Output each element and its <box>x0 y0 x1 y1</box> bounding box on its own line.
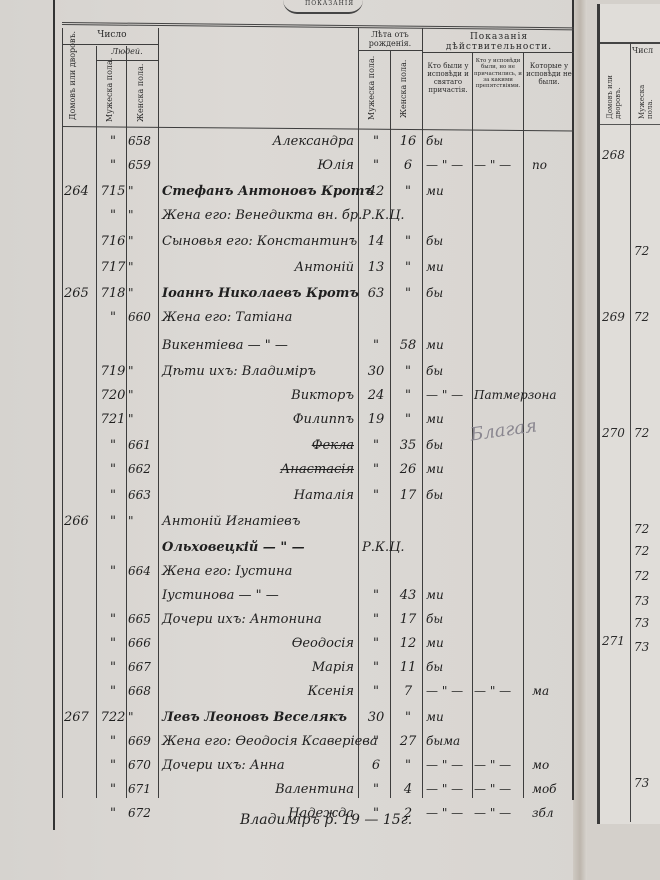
person-name-cell: Ольховецкій — " — <box>162 540 354 555</box>
next-page-sheet: Числ Домовъ или дворовъ. Мужеска пола. 2… <box>597 4 660 824</box>
person-name-cell: Антоній Игнатіевъ <box>162 514 354 529</box>
female-number-cell: 661 <box>128 438 158 452</box>
female-number-cell: " <box>128 184 158 198</box>
person-name-cell: Валентина <box>162 782 354 797</box>
not-confessed-cell: моб <box>532 782 572 796</box>
person-name-cell: Сыновья его: Константинъ <box>162 234 354 249</box>
next-page-number: 72 <box>634 426 649 440</box>
book-spine <box>573 0 587 880</box>
female-age-cell: " <box>394 758 422 773</box>
confessed-cell: бы <box>426 134 472 148</box>
male-number-cell: " <box>100 612 126 627</box>
table-row: "669Жена его: Ѳеодосія Ксаверіева"27быма <box>62 734 574 754</box>
person-name-cell: Филиппъ <box>162 412 354 427</box>
male-number-cell: " <box>100 636 126 651</box>
female-age-cell: 27 <box>394 734 422 749</box>
male-number-cell: " <box>100 310 126 325</box>
male-age-cell: Р.К.Ц. <box>362 208 390 223</box>
header-muzh-pola: Мужеска пола. <box>105 68 114 122</box>
female-age-cell: 4 <box>394 782 422 797</box>
person-name-cell: Юлія <box>162 158 354 173</box>
table-row: "671Валентина"4— " —— " —моб <box>62 782 574 802</box>
person-name-cell: Анастасія <box>162 462 354 477</box>
female-number-cell: " <box>128 388 158 402</box>
confessed-cell: быма <box>426 734 472 748</box>
female-age-cell: 7 <box>394 684 422 699</box>
male-number-cell: " <box>100 684 126 699</box>
male-number-cell: " <box>100 564 126 579</box>
header-zhen-pola: Женска пола. <box>136 68 145 122</box>
table-row: 716"Сыновья его: Константинъ14"бы <box>62 234 574 254</box>
female-age-cell: 43 <box>394 588 422 603</box>
confessed-cell: ми <box>426 588 472 602</box>
table-row: "667Марія"11бы <box>62 660 574 680</box>
female-number-cell: 666 <box>128 636 158 650</box>
header-leta-zhen: Женска пола. <box>399 58 408 120</box>
table-row: 264715"Стефанъ Антоновъ Кротъ42"ми <box>62 184 574 204</box>
female-number-cell: " <box>128 234 158 248</box>
person-name-cell: Жена его: Ѳеодосія Ксаверіева <box>162 734 354 749</box>
emblem-stamp: ПОКАЗАНІЯ <box>283 0 363 14</box>
confessed-cell: бы <box>426 364 472 378</box>
female-number-cell: 667 <box>128 660 158 674</box>
header-byli: Кто были у исповѣди и святаго причастія. <box>424 62 472 94</box>
female-age-cell: 35 <box>394 438 422 453</box>
next-page-number: 72 <box>634 569 649 583</box>
confessed-cell: ми <box>426 412 472 426</box>
male-age-cell: " <box>362 734 390 749</box>
male-number-cell: " <box>100 514 126 529</box>
female-age-cell: " <box>394 184 422 199</box>
table-row: "670Дочери ихъ: Анна6"— " —— " —мо <box>62 758 574 778</box>
person-name-cell: Жена его: Венедикта вн. бр. <box>162 208 354 223</box>
male-number-cell: " <box>100 806 126 821</box>
confessed-cell: — " — <box>426 782 472 796</box>
female-number-cell: 663 <box>128 488 158 502</box>
not-confessed-cell: мо <box>532 758 572 772</box>
header-lyudey: Людей. <box>102 47 152 56</box>
person-name-cell: Левъ Леоновъ Веселякъ <box>162 710 354 725</box>
person-name-cell: Дочери ихъ: Антонина <box>162 612 354 627</box>
male-number-cell: " <box>100 734 126 749</box>
confessed-cell: — " — <box>426 758 472 772</box>
female-age-cell: 6 <box>394 158 422 173</box>
table-row: "666Ѳеодосія"12ми <box>62 636 574 656</box>
female-age-cell: " <box>394 710 422 725</box>
male-number-cell: " <box>100 134 126 149</box>
male-number-cell: " <box>100 660 126 675</box>
male-number-cell: 719 <box>100 364 126 379</box>
female-age-cell: 26 <box>394 462 422 477</box>
person-name-cell: Дѣти ихъ: Владиміръ <box>162 364 354 379</box>
table-row: 265718"Іоаннъ Николаевъ Кротъ63"бы <box>62 286 574 306</box>
person-name-cell: Викторъ <box>162 388 354 403</box>
person-name-cell: Дочери ихъ: Анна <box>162 758 354 773</box>
female-age-cell: " <box>394 260 422 275</box>
female-age-cell: " <box>394 412 422 427</box>
female-number-cell: " <box>128 286 158 300</box>
next-page-house-number: 271 <box>602 634 625 648</box>
footer-note: Владиміръ р. 19 — 15г. <box>240 812 412 828</box>
row-line <box>358 50 422 51</box>
female-number-cell: 659 <box>128 158 158 172</box>
confessed-cell: бы <box>426 660 472 674</box>
person-name-cell: Антоній <box>162 260 354 275</box>
male-age-cell: 42 <box>362 184 390 199</box>
house-number-cell: 267 <box>64 710 94 725</box>
male-number-cell: 718 <box>100 286 126 301</box>
table-row: "665Дочери ихъ: Антонина"17бы <box>62 612 574 632</box>
header-domov: Домовъ или дворовъ. <box>68 54 77 120</box>
female-number-cell: 671 <box>128 782 158 796</box>
confessed-cell: ми <box>426 710 472 724</box>
table-row: 719"Дѣти ихъ: Владиміръ30"бы <box>62 364 574 384</box>
male-number-cell: " <box>100 208 126 223</box>
confessed-cell: ми <box>426 260 472 274</box>
female-number-cell: 660 <box>128 310 158 324</box>
male-age-cell: " <box>362 660 390 675</box>
female-age-cell: 16 <box>394 134 422 149</box>
male-number-cell: " <box>100 462 126 477</box>
male-age-cell: " <box>362 588 390 603</box>
male-age-cell: 30 <box>362 710 390 725</box>
table-row: ""Жена его: Венедикта вн. бр.Р.К.Ц. <box>62 208 574 228</box>
table-row: 267722"Левъ Леоновъ Веселякъ30"ми <box>62 710 574 730</box>
confessed-cell: бы <box>426 488 472 502</box>
next-page-number: 73 <box>634 594 649 608</box>
male-age-cell: 24 <box>362 388 390 403</box>
male-age-cell: " <box>362 684 390 699</box>
male-age-cell: 30 <box>362 364 390 379</box>
female-number-cell: " <box>128 208 158 222</box>
next-page-domov-label: Домовъ или дворовъ. <box>606 64 622 119</box>
male-number-cell: 721 <box>100 412 126 427</box>
male-number-cell: 722 <box>100 710 126 725</box>
person-name-cell: Стефанъ Антоновъ Кротъ <box>162 184 354 199</box>
confessed-cell: ми <box>426 338 472 352</box>
person-name-cell: Марія <box>162 660 354 675</box>
house-number-cell: 265 <box>64 286 94 301</box>
next-page-house-number: 268 <box>602 148 625 162</box>
female-number-cell: " <box>128 412 158 426</box>
male-age-cell: " <box>362 462 390 477</box>
table-row: "663Наталія"17бы <box>62 488 574 508</box>
next-page-house-number: 270 <box>602 426 625 440</box>
female-number-cell: 668 <box>128 684 158 698</box>
male-number-cell: 717 <box>100 260 126 275</box>
page-border-left <box>53 0 55 830</box>
female-number-cell: 662 <box>128 462 158 476</box>
person-name-cell: Іоаннъ Николаевъ Кротъ <box>162 286 354 301</box>
male-age-cell: 6 <box>362 758 390 773</box>
header-ne-byli: Которые у исповѣди не были. <box>525 62 573 86</box>
confessed-cell: ми <box>426 636 472 650</box>
table-row: Іустинова — " —"43ми <box>62 588 574 608</box>
male-age-cell: " <box>362 782 390 797</box>
male-age-cell: " <box>362 612 390 627</box>
female-age-cell: " <box>394 234 422 249</box>
confessed-cell: — " — <box>426 684 472 698</box>
female-age-cell: 17 <box>394 612 422 627</box>
male-age-cell: Р.К.Ц. <box>362 540 390 555</box>
confessed-cell: — " — <box>426 158 472 172</box>
person-name-cell: Викентіева — " — <box>162 338 354 353</box>
next-page-number: 73 <box>634 616 649 630</box>
person-name-cell: Жена его: Татіана <box>162 310 354 325</box>
header-pokazaniya: Показанія дѣйствительности. <box>424 32 574 53</box>
female-number-cell: " <box>128 260 158 274</box>
not-confessed-cell: збл <box>532 806 572 820</box>
next-page-muzh-label: Мужеска пола. <box>638 64 654 119</box>
female-number-cell: 664 <box>128 564 158 578</box>
confessed-cell: бы <box>426 438 472 452</box>
confessed-cell: бы <box>426 234 472 248</box>
female-number-cell: 665 <box>128 612 158 626</box>
male-age-cell: " <box>362 636 390 651</box>
person-name-cell: Фекла <box>162 438 354 453</box>
male-age-cell: 63 <box>362 286 390 301</box>
table-row: "662Анастасія"26ми <box>62 462 574 482</box>
person-name-cell: Ксенія <box>162 684 354 699</box>
confessed-cell: — " — <box>426 388 472 402</box>
table-row: 720"Викторъ24"— " —Патмерзона <box>62 388 574 408</box>
male-number-cell: " <box>100 782 126 797</box>
register-table: Число Людей. Домовъ или дворовъ. Мужеска… <box>62 28 574 798</box>
house-number-cell: 264 <box>64 184 94 199</box>
female-age-cell: 11 <box>394 660 422 675</box>
male-number-cell: " <box>100 488 126 503</box>
male-number-cell: " <box>100 158 126 173</box>
female-age-cell: " <box>394 286 422 301</box>
next-page-chislo-label: Числ <box>632 46 653 55</box>
male-number-cell: 716 <box>100 234 126 249</box>
male-number-cell: 720 <box>100 388 126 403</box>
female-age-cell: 12 <box>394 636 422 651</box>
male-age-cell: " <box>362 338 390 353</box>
next-page-number: 73 <box>634 640 649 654</box>
next-page-number: 72 <box>634 522 649 536</box>
person-name-cell: Ѳеодосія <box>162 636 354 651</box>
male-age-cell: " <box>362 488 390 503</box>
confessed-cell: — " — <box>426 806 472 820</box>
table-row: 266""Антоній Игнатіевъ <box>62 514 574 534</box>
header-leta-muzh: Мужеска пола. <box>367 58 376 120</box>
confessed-cell: бы <box>426 612 472 626</box>
table-row: Викентіева — " —"58ми <box>62 338 574 358</box>
not-communed-cell: Патмерзона <box>474 388 554 402</box>
next-page-number: 72 <box>634 244 649 258</box>
male-age-cell: 13 <box>362 260 390 275</box>
male-age-cell: 19 <box>362 412 390 427</box>
next-page-number: 72 <box>634 544 649 558</box>
female-number-cell: " <box>128 514 158 528</box>
confessed-cell: ми <box>426 462 472 476</box>
header-leta: Лѣта отъ рожденія. <box>360 30 420 48</box>
male-age-cell: " <box>362 438 390 453</box>
female-number-cell: 658 <box>128 134 158 148</box>
not-confessed-cell: по <box>532 158 572 172</box>
male-age-cell: 14 <box>362 234 390 249</box>
male-number-cell: " <box>100 758 126 773</box>
house-number-cell: 266 <box>64 514 94 529</box>
person-name-cell: Александра <box>162 134 354 149</box>
female-age-cell: " <box>394 364 422 379</box>
male-number-cell: 715 <box>100 184 126 199</box>
female-age-cell: " <box>394 388 422 403</box>
table-row: 717"Антоній13"ми <box>62 260 574 280</box>
female-number-cell: " <box>128 710 158 724</box>
male-number-cell: " <box>100 438 126 453</box>
next-page-number: 73 <box>634 776 649 790</box>
header-isp-ne-prich: Кто у исповѣди были, но не причастились,… <box>474 58 522 90</box>
person-name-cell: Іустинова — " — <box>162 588 354 603</box>
person-name-cell: Наталія <box>162 488 354 503</box>
table-row: "664Жена его: Іустина <box>62 564 574 584</box>
female-age-cell: 58 <box>394 338 422 353</box>
not-confessed-cell: ма <box>532 684 572 698</box>
male-age-cell: " <box>362 134 390 149</box>
header-bottom-line <box>62 126 574 131</box>
table-row: Ольховецкій — " —Р.К.Ц. <box>62 540 574 560</box>
table-row: "659Юлія"6— " —— " —по <box>62 158 574 178</box>
confessed-cell: бы <box>426 286 472 300</box>
female-number-cell: 670 <box>128 758 158 772</box>
next-page-number: 72 <box>634 310 649 324</box>
female-number-cell: 669 <box>128 734 158 748</box>
female-number-cell: 672 <box>128 806 158 820</box>
table-row: "668Ксенія"7— " —— " —ма <box>62 684 574 704</box>
female-age-cell: 17 <box>394 488 422 503</box>
person-name-cell: Жена его: Іустина <box>162 564 354 579</box>
female-number-cell: " <box>128 364 158 378</box>
confessed-cell: ми <box>426 184 472 198</box>
table-row: "660Жена его: Татіана <box>62 310 574 330</box>
header-chislo: Число <box>82 30 142 40</box>
next-page-house-number: 269 <box>602 310 625 324</box>
table-row: "658Александра"16бы <box>62 134 574 154</box>
male-age-cell: " <box>362 158 390 173</box>
